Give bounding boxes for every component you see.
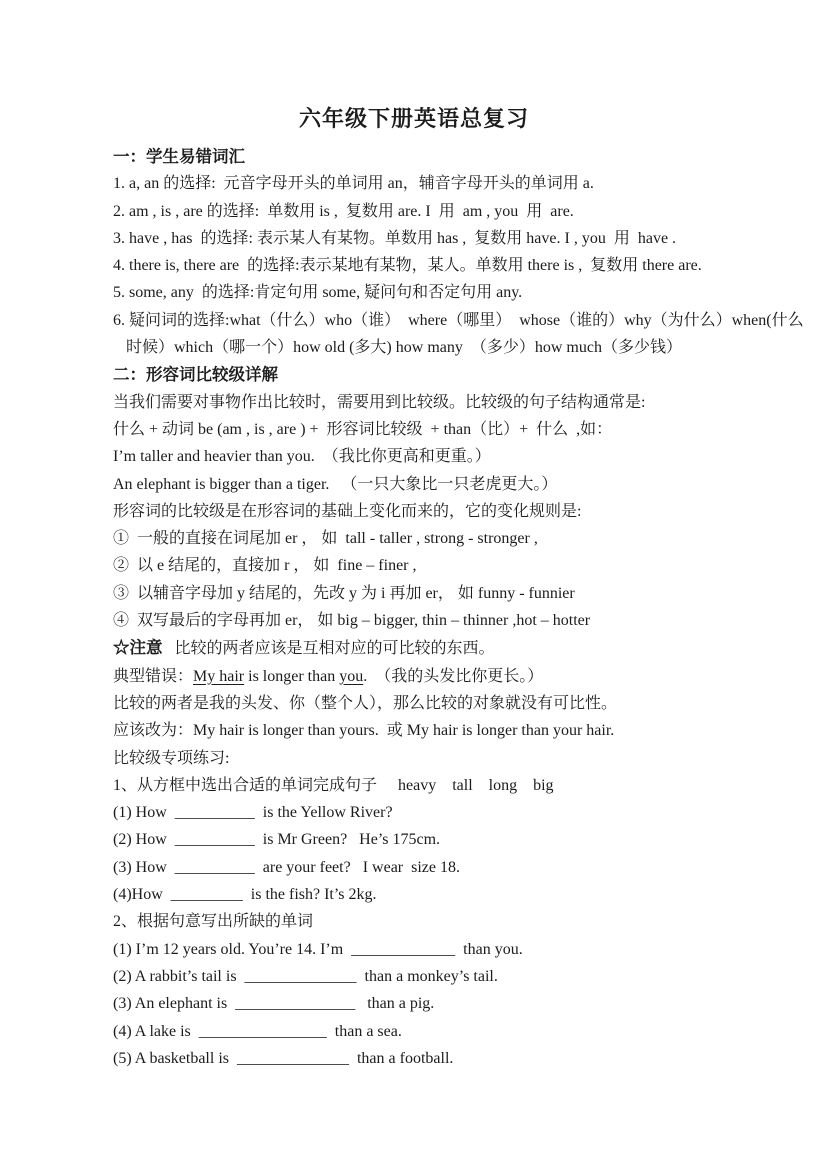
section2-structure: 什么 + 动词 be (am , is , are ) + 形容词比较级 + t… [113,416,787,443]
section1-item-2: 2. am , is , are 的选择: 单数用 is , 复数用 are. … [113,198,787,225]
section2-intro: 当我们需要对事物作出比较时，需要用到比较级。比较级的句子结构通常是: [113,389,787,416]
section2-explain: 比较的两者是我的头发、你（整个人），那么比较的对象就没有可比性。 [113,690,787,717]
section2-correction: 应该改为：My hair is longer than yours. 或 My … [113,717,787,744]
section2-rule-1: ① 一般的直接在词尾加 er ， 如 tall - taller , stron… [113,525,787,552]
note-text: 比较的两者应该是互相对应的可比较的东西。 [163,640,495,657]
section1-item-3: 3. have , has 的选择: 表示某人有某物。单数用 has , 复数用… [113,225,787,252]
practice-title: 比较级专项练习: [113,745,787,772]
document-page: 六年级下册英语总复习 一：学生易错词汇 1. a, an 的选择: 元音字母开头… [0,0,827,1169]
exercise1-item-4: (4)How _________ is the fish? It’s 2kg. [113,881,787,908]
exercise1-heading: 1、从方框中选出合适的单词完成句子 [113,777,377,794]
typical-error-mid: is longer than [244,668,339,685]
section1-item-1: 1. a, an 的选择: 元音字母开头的单词用 an，辅音字母开头的单词用 a… [113,170,787,197]
section2-rules-intro: 形容词的比较级是在形容词的基础上变化而来的，它的变化规则是: [113,498,787,525]
section2-rule-4: ④ 双写最后的字母再加 er， 如 big – bigger, thin – t… [113,607,787,634]
section1-item-6: 6. 疑问词的选择:what（什么）who（谁） where（哪里） whose… [113,307,787,334]
typical-error-underlined-2: you [339,668,363,685]
typical-error-line: 典型错误：My hair is longer than you. （我的头发比你… [113,663,787,690]
typical-error-label: 典型错误： [113,668,193,685]
exercise1-item-1: (1) How __________ is the Yellow River? [113,799,787,826]
document-title: 六年级下册英语总复习 [113,104,715,134]
section2-heading: 二：形容词比较级详解 [113,361,787,388]
section1-heading: 一：学生易错词汇 [113,143,787,170]
note-label: ☆注意 [113,638,163,657]
exercise2-item-3: (3) An elephant is _______________ than … [113,990,787,1017]
exercise2-item-5: (5) A basketball is ______________ than … [113,1045,787,1072]
exercise2-item-4: (4) A lake is ________________ than a se… [113,1018,787,1045]
exercise1-item-2: (2) How __________ is Mr Green? He’s 175… [113,826,787,853]
exercise1-word-bank: heavy tall long big [398,777,554,794]
typical-error-underlined-1: My hair [193,668,244,685]
section1-item-6-continuation: 时候）which（哪一个）how old (多大) how many （多少）h… [113,334,787,361]
section1-item-5: 5. some, any 的选择:肯定句用 some, 疑问句和否定句用 any… [113,279,787,306]
section2-rule-2: ② 以 e 结尾的，直接加 r ， 如 fine – finer , [113,552,787,579]
exercise2-item-1: (1) I’m 12 years old. You’re 14. I’m ___… [113,936,787,963]
note-line: ☆注意 比较的两者应该是互相对应的可比较的东西。 [113,634,787,662]
exercise2-item-2: (2) A rabbit’s tail is ______________ th… [113,963,787,990]
section2-rule-3: ③ 以辅音字母加 y 结尾的，先改 y 为 i 再加 er， 如 funny -… [113,580,787,607]
section2-example-1: I’m taller and heavier than you. （我比你更高和… [113,443,787,470]
exercise1-item-3: (3) How __________ are your feet? I wear… [113,854,787,881]
typical-error-tail: . （我的头发比你更长。） [363,668,543,685]
exercise2-heading: 2、根据句意写出所缺的单词 [113,908,787,935]
section1-item-4: 4. there is, there are 的选择:表示某地有某物，某人。单数… [113,252,787,279]
section2-example-2: An elephant is bigger than a tiger. （一只大… [113,471,787,498]
exercise1-heading-line: 1、从方框中选出合适的单词完成句子heavy tall long big [113,772,787,799]
